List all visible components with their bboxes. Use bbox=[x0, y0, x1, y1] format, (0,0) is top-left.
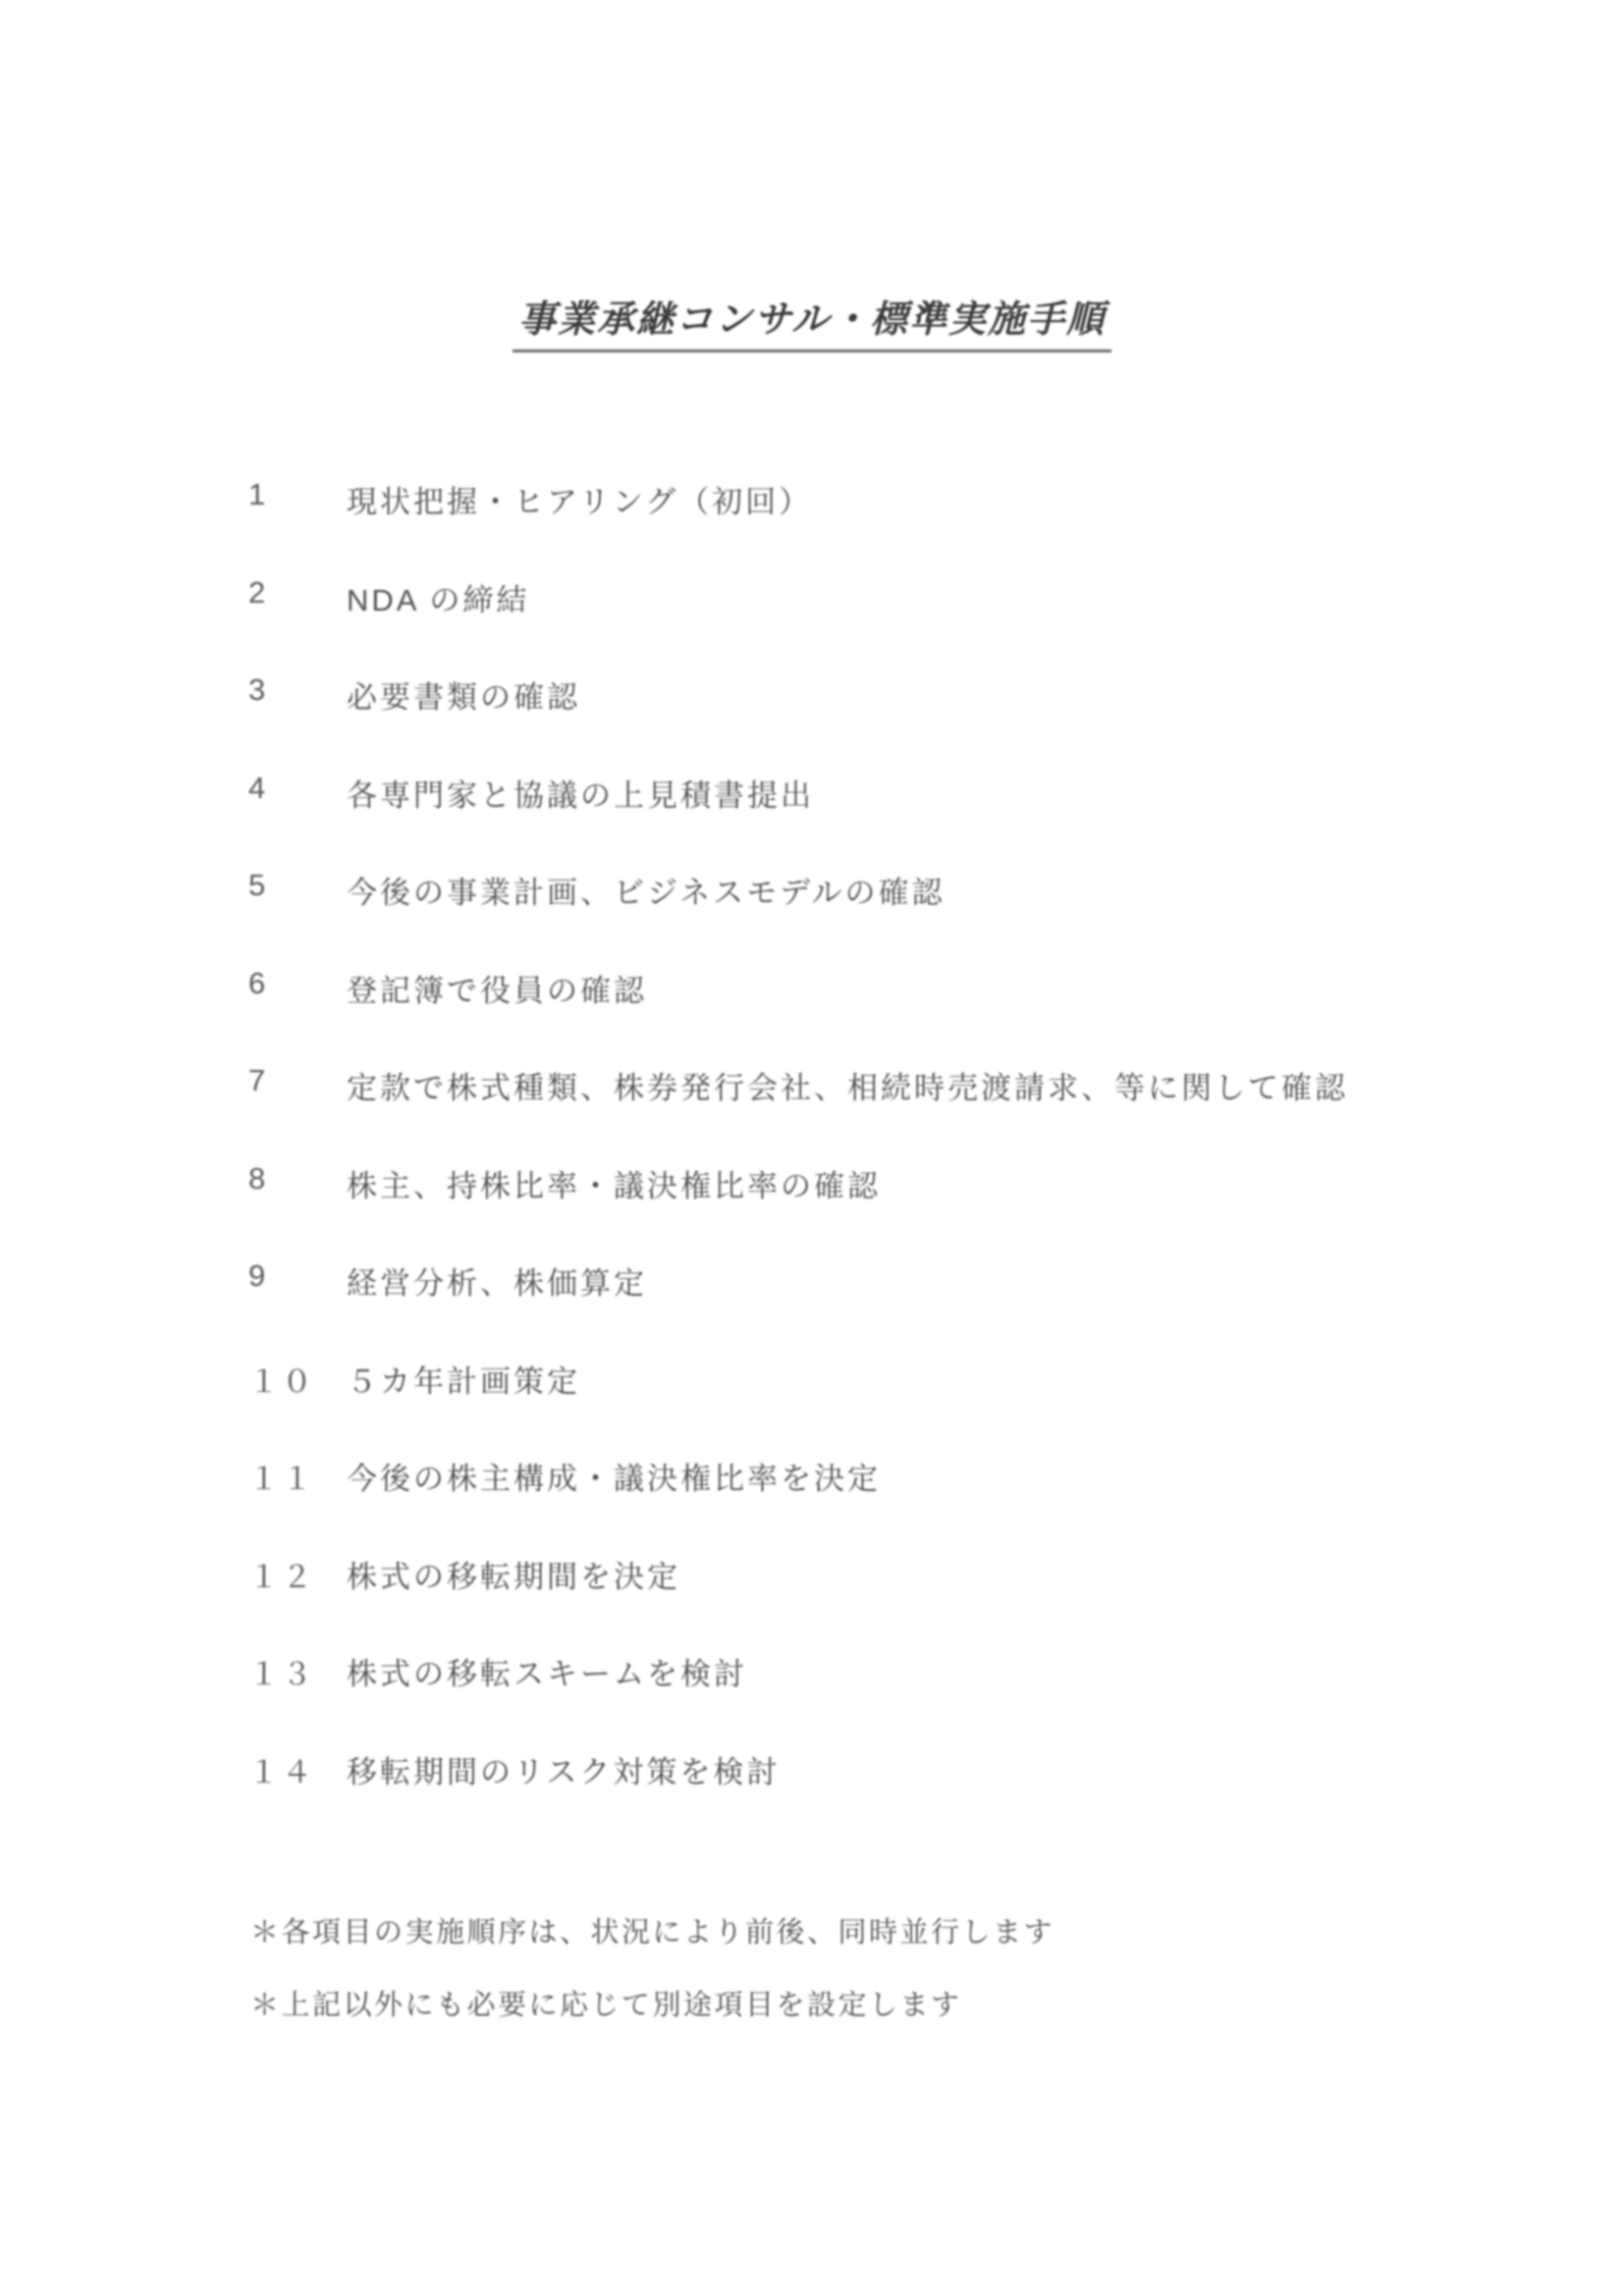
procedure-step-row: 8 株主、持株比率・議決権比率の確認 bbox=[248, 1161, 1348, 1259]
step-text: 今後の事業計画、ビジネスモデルの確認 bbox=[347, 868, 946, 912]
document-page: 事業承継コンサル・標準実施手順 1 現状把握・ヒアリング（初回） 2 NDA の… bbox=[0, 0, 1624, 2296]
page-title: 事業承継コンサル・標準実施手順 bbox=[0, 289, 1624, 352]
procedure-step-row: １０ ５カ年計画策定 bbox=[248, 1357, 1348, 1455]
step-number: １２ bbox=[248, 1552, 347, 1596]
procedure-step-row: 4 各専門家と協議の上見積書提出 bbox=[248, 771, 1348, 869]
procedure-step-row: 1 現状把握・ヒアリング（初回） bbox=[248, 477, 1348, 575]
step-number: 7 bbox=[248, 1063, 347, 1098]
step-text: 今後の株主構成・議決権比率を決定 bbox=[347, 1454, 881, 1498]
step-number: １１ bbox=[248, 1454, 347, 1498]
procedure-step-row: 2 NDA の締結 bbox=[248, 575, 1348, 673]
footnote-line: ＊各項目の実施順序は、状況により前後、同時並行します bbox=[250, 1910, 1055, 1983]
procedure-step-row: 7 定款で株式種類、株券発行会社、相続時売渡請求、等に関して確認 bbox=[248, 1063, 1348, 1161]
step-number: １３ bbox=[248, 1649, 347, 1693]
step-number: 9 bbox=[248, 1258, 347, 1294]
procedure-step-row: 3 必要書類の確認 bbox=[248, 672, 1348, 771]
step-number: １０ bbox=[248, 1357, 347, 1401]
procedure-step-row: １２ 株式の移転期間を決定 bbox=[248, 1552, 1348, 1650]
step-number: 5 bbox=[248, 868, 347, 903]
step-number: 1 bbox=[248, 477, 347, 512]
step-text: NDA の締結 bbox=[347, 575, 529, 619]
step-text: 現状把握・ヒアリング（初回） bbox=[347, 477, 812, 521]
step-text: 株主、持株比率・議決権比率の確認 bbox=[347, 1161, 881, 1205]
procedure-step-row: １３ 株式の移転スキームを検討 bbox=[248, 1649, 1348, 1747]
procedure-step-row: １４ 移転期間のリスク対策を検討 bbox=[248, 1747, 1348, 1845]
step-text: 移転期間のリスク対策を検討 bbox=[347, 1747, 780, 1791]
step-number: １４ bbox=[248, 1747, 347, 1791]
step-number: 8 bbox=[248, 1161, 347, 1197]
step-text: 各専門家と協議の上見積書提出 bbox=[347, 771, 814, 815]
step-text: 登記簿で役員の確認 bbox=[347, 966, 647, 1010]
step-text: 株式の移転スキームを検討 bbox=[347, 1649, 747, 1693]
procedure-step-list: 1 現状把握・ヒアリング（初回） 2 NDA の締結 3 必要書類の確認 4 各… bbox=[248, 477, 1348, 1844]
procedure-step-row: 6 登記簿で役員の確認 bbox=[248, 966, 1348, 1064]
step-text: 定款で株式種類、株券発行会社、相続時売渡請求、等に関して確認 bbox=[347, 1063, 1348, 1107]
step-text: 必要書類の確認 bbox=[347, 672, 580, 717]
document-title: 事業承継コンサル・標準実施手順 bbox=[513, 289, 1111, 352]
footnote-line: ＊上記以外にも必要に応じて別途項目を設定します bbox=[250, 1983, 1055, 2056]
step-number: 2 bbox=[248, 575, 347, 611]
step-text: 経営分析、株価算定 bbox=[347, 1258, 647, 1303]
procedure-step-row: １１ 今後の株主構成・議決権比率を決定 bbox=[248, 1454, 1348, 1552]
step-number: 6 bbox=[248, 966, 347, 1001]
step-text: 株式の移転期間を決定 bbox=[347, 1552, 680, 1596]
step-text: ５カ年計画策定 bbox=[347, 1357, 580, 1401]
step-number: 4 bbox=[248, 771, 347, 806]
footnotes-section: ＊各項目の実施順序は、状況により前後、同時並行します ＊上記以外にも必要に応じて… bbox=[250, 1910, 1055, 2056]
procedure-step-row: 9 経営分析、株価算定 bbox=[248, 1258, 1348, 1357]
procedure-step-row: 5 今後の事業計画、ビジネスモデルの確認 bbox=[248, 868, 1348, 966]
step-number: 3 bbox=[248, 672, 347, 708]
